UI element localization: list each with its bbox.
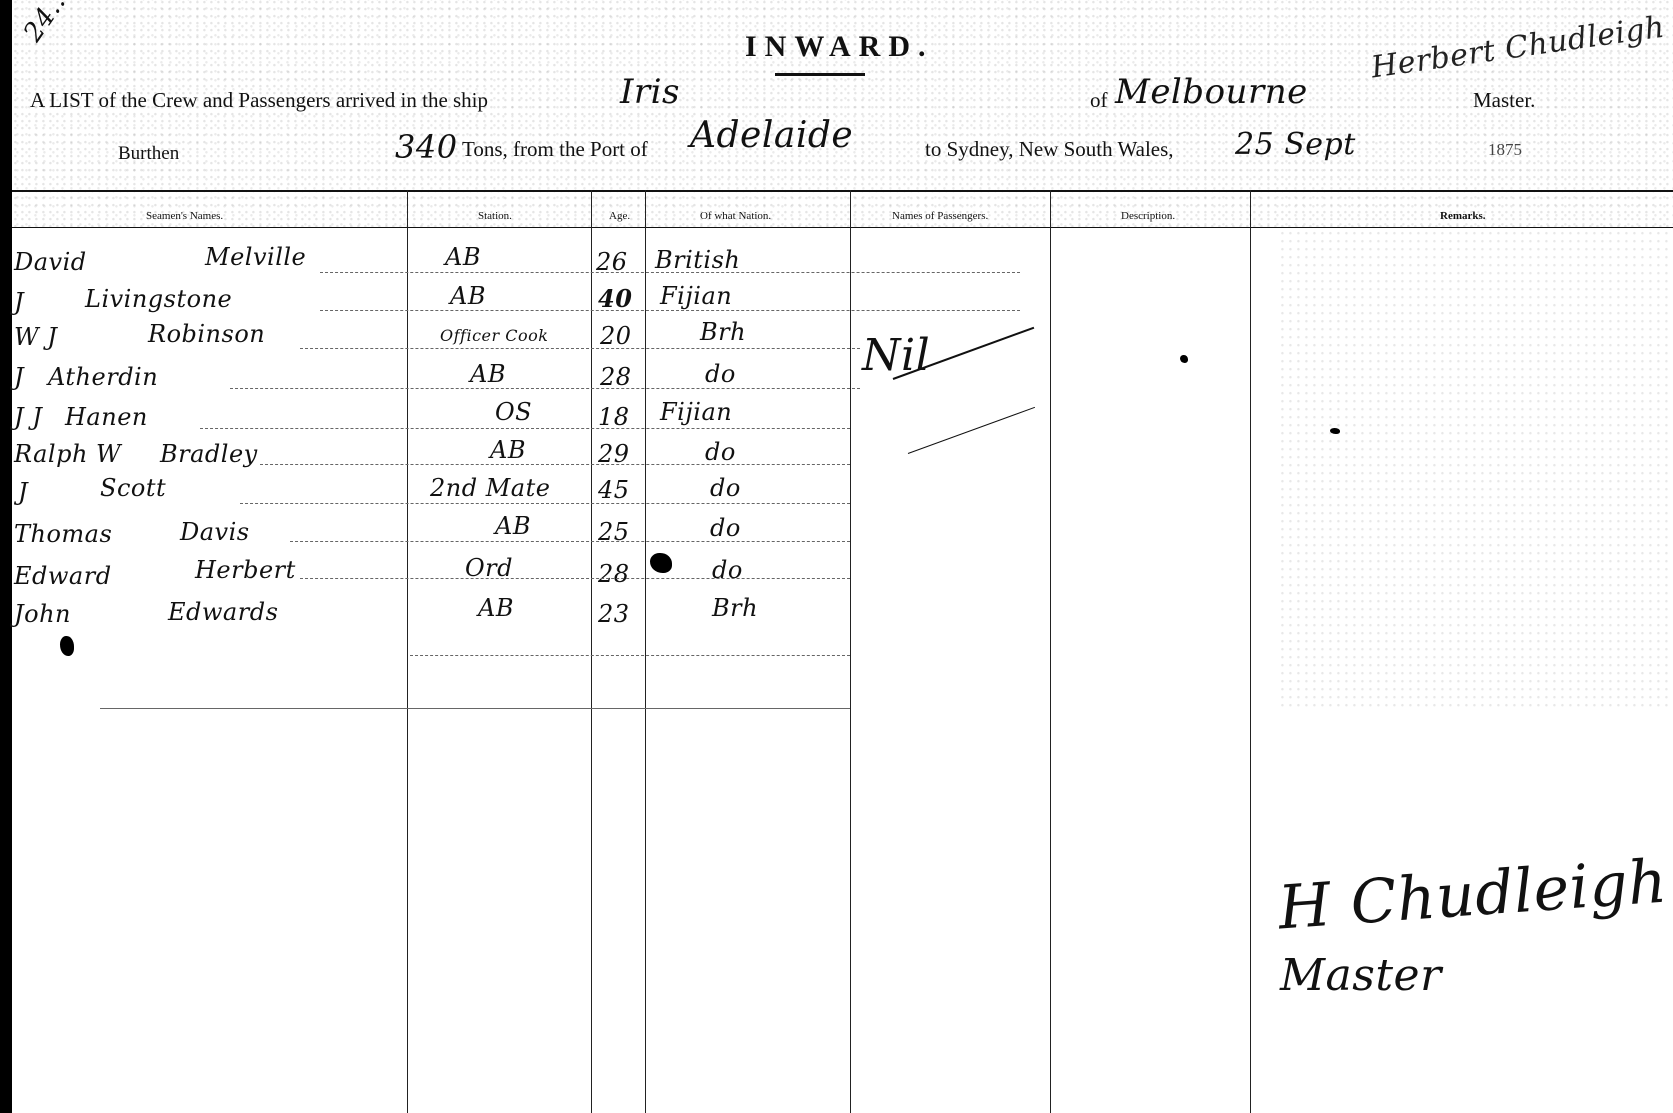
crew-station: Officer Cook <box>440 326 548 345</box>
row-guide-line <box>200 428 850 429</box>
crew-station: AB <box>490 436 526 464</box>
column-divider <box>1250 190 1251 1113</box>
crew-nation: Brh <box>712 594 758 622</box>
corner-annotation: 24.. 9ᵗʰ WBS <box>18 0 140 47</box>
row-guide-line <box>290 541 850 542</box>
master-signature-role: Master <box>1280 950 1442 1001</box>
crew-nation: do <box>710 514 741 542</box>
column-header-description: Description. <box>1121 210 1175 222</box>
crew-first-name: J <box>14 363 24 391</box>
table-top-rule <box>12 190 1673 192</box>
crew-nation: Fijian <box>660 398 732 426</box>
row-guide-line <box>300 578 850 579</box>
nil-strike-stroke <box>908 407 1035 454</box>
scan-noise-right <box>1280 230 1673 710</box>
master-name-handwritten: Herbert Chudleigh <box>1369 10 1667 86</box>
ship-name: Iris <box>620 72 680 112</box>
crew-first-name: Thomas <box>14 520 112 548</box>
column-divider <box>1050 190 1051 1113</box>
crew-nation: do <box>705 438 736 466</box>
title-underline <box>775 73 865 76</box>
ink-blot <box>60 636 74 656</box>
crew-first-name: Edward <box>14 562 112 590</box>
crew-first-name: W J <box>14 323 57 351</box>
of-label: of <box>1090 88 1108 113</box>
crew-last-name: Hanen <box>65 403 148 431</box>
crew-station: AB <box>470 360 506 388</box>
crew-station: OS <box>495 398 532 426</box>
crew-last-name: Robinson <box>148 320 265 348</box>
row-guide-line <box>300 348 860 349</box>
crew-last-name: Melville <box>205 243 306 271</box>
crew-station: AB <box>495 512 531 540</box>
tonnage-value: 340 <box>395 128 458 166</box>
column-divider <box>645 190 646 1113</box>
crew-last-name: Livingstone <box>85 285 232 313</box>
column-header-station: Station. <box>478 210 512 222</box>
row-guide-line <box>320 310 1020 311</box>
crew-nation: do <box>705 360 736 388</box>
from-port: Adelaide <box>690 115 853 156</box>
row-guide-line <box>100 708 850 709</box>
ink-blot <box>1330 428 1340 434</box>
master-signature: H Chudleigh <box>1276 847 1669 944</box>
crew-nation: British <box>655 246 740 274</box>
row-guide-line <box>320 272 1020 273</box>
crew-last-name: Herbert <box>195 556 296 584</box>
column-header-remarks: Remarks. <box>1440 210 1486 222</box>
column-header-age: Age. <box>609 210 630 222</box>
passengers-nil-note: Nil <box>862 330 930 381</box>
port-of-registry: Melbourne <box>1115 72 1308 112</box>
crew-station: 2nd Mate <box>430 474 550 502</box>
crew-last-name: Bradley <box>160 440 258 468</box>
crew-nation: Brh <box>700 318 746 346</box>
list-heading-prefix: A LIST of the Crew and Passengers arrive… <box>30 88 488 113</box>
row-guide-line <box>410 655 850 656</box>
crew-age: 45 <box>598 476 630 504</box>
ink-blot <box>650 553 672 573</box>
column-header-nation: Of what Nation. <box>700 210 771 222</box>
table-header-rule <box>12 227 1673 228</box>
crew-first-name: J <box>14 288 24 316</box>
scan-edge <box>0 0 12 1113</box>
column-header-passenger-names: Names of Passengers. <box>892 210 988 222</box>
master-label: Master. <box>1473 88 1535 113</box>
column-header-seamen-names: Seamen's Names. <box>146 210 223 222</box>
crew-last-name: Atherdin <box>48 363 158 391</box>
crew-station: AB <box>445 243 481 271</box>
crew-first-name: Ralph W <box>14 440 121 468</box>
crew-first-name: J <box>18 478 28 506</box>
crew-first-name: John <box>14 600 71 628</box>
page-title: INWARD. <box>745 30 934 64</box>
destination-label: to Sydney, New South Wales, <box>925 137 1174 162</box>
crew-station: AB <box>450 282 486 310</box>
crew-age: 28 <box>598 560 630 588</box>
row-guide-line <box>260 464 850 465</box>
crew-first-name: David <box>14 248 87 276</box>
crew-age: 23 <box>598 600 630 628</box>
crew-age: 28 <box>600 363 632 391</box>
arrival-date: 25 Sept <box>1235 127 1356 162</box>
crew-nation: do <box>712 556 743 584</box>
crew-first-name: J J <box>14 403 42 431</box>
crew-age: 20 <box>600 322 632 350</box>
crew-age: 40 <box>598 284 632 313</box>
crew-nation: do <box>710 474 741 502</box>
row-guide-line <box>230 388 860 389</box>
row-guide-line <box>240 503 850 504</box>
crew-nation: Fijian <box>660 282 732 310</box>
column-divider <box>591 190 592 1113</box>
crew-last-name: Edwards <box>168 598 278 626</box>
crew-station: AB <box>478 594 514 622</box>
burthen-label: Burthen <box>118 143 179 165</box>
ink-blot <box>1180 355 1188 363</box>
arrival-year: 1875 <box>1488 140 1522 160</box>
crew-last-name: Davis <box>180 518 250 546</box>
column-divider <box>407 190 408 1113</box>
tons-from-port-label: Tons, from the Port of <box>462 137 648 162</box>
crew-age: 18 <box>598 403 630 431</box>
column-divider <box>850 190 851 1113</box>
crew-last-name: Scott <box>100 474 166 502</box>
